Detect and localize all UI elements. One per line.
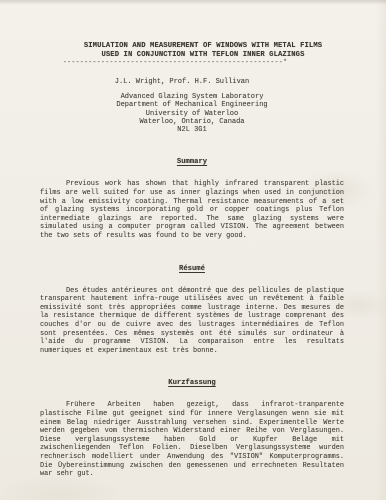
paragraph-line: la resistance thermique de different sys… bbox=[40, 312, 344, 321]
section-paragraph: Frühere Arbeiten haben gezeigt, dass inf… bbox=[40, 401, 344, 478]
section-heading-row: Résumé bbox=[40, 257, 344, 275]
affiliation-line: Department of Mechanical Engineering bbox=[40, 101, 344, 109]
paragraph-line: sont presentées. Ces mêmes systemès ont … bbox=[40, 330, 344, 339]
paragraph-line: the two sets of results was found to be … bbox=[40, 232, 344, 241]
section-heading-row: Summary bbox=[40, 150, 344, 168]
paragraph-line: Des études antérieures ont démontré que … bbox=[40, 287, 344, 296]
sections: Summary Previous work has shown that hig… bbox=[40, 150, 344, 478]
paragraph-line: with a low emissivity coating. Thermal r… bbox=[40, 198, 344, 207]
page-content: SIMULATION AND MEASUREMENT OF WINDOWS WI… bbox=[40, 0, 344, 479]
paragraph-line: werden gegeben vom thermischen Widerstan… bbox=[40, 427, 344, 436]
authors-line: J.L. Wright, Prof. H.F. Sullivan bbox=[20, 78, 344, 86]
paragraph-line: transparent hautement infra-rouge utilis… bbox=[40, 295, 344, 304]
paragraph-line: films are well suited for use as inner g… bbox=[40, 189, 344, 198]
affiliation-line: N2L 3G1 bbox=[40, 126, 344, 134]
section-paragraph: Des études antérieures ont démontré que … bbox=[40, 287, 344, 356]
affiliation-line: Waterloo, Ontario, Canada bbox=[40, 118, 344, 126]
paragraph-line: zwischenliegenden Teflon Folien. Dieselb… bbox=[40, 444, 344, 453]
paragraph-line: rechnerisch modelliert under Anwendung d… bbox=[40, 453, 344, 462]
title-line-1: SIMULATION AND MEASUREMENT OF WINDOWS WI… bbox=[62, 42, 344, 51]
paragraph-line: Frühere Arbeiten haben gezeigt, dass inf… bbox=[40, 401, 344, 410]
section-heading: Kurzfassung bbox=[168, 379, 215, 387]
section-heading: Résumé bbox=[179, 265, 205, 273]
paper-title: SIMULATION AND MEASUREMENT OF WINDOWS WI… bbox=[62, 42, 344, 60]
section: Résumé Des études antérieures ont démont… bbox=[40, 257, 344, 356]
scanned-page: SIMULATION AND MEASUREMENT OF WINDOWS WI… bbox=[0, 0, 386, 500]
paragraph-line: simulated using a computer program calle… bbox=[40, 223, 344, 232]
paragraph-line: l'aide du programme VISION. La comparais… bbox=[40, 338, 344, 347]
paragraph-line: of glazing systems incorporating gold or… bbox=[40, 206, 344, 215]
section: Summary Previous work has shown that hig… bbox=[40, 150, 344, 240]
section: Kurzfassung Frühere Arbeiten haben gezei… bbox=[40, 371, 344, 478]
paragraph-line: plastische Filme gut geeignet sind für i… bbox=[40, 410, 344, 419]
paragraph-line: einem Belag niedriger Ausstrahlung verse… bbox=[40, 419, 344, 428]
section-heading: Summary bbox=[177, 158, 207, 166]
paper-header: SIMULATION AND MEASUREMENT OF WINDOWS WI… bbox=[40, 0, 344, 134]
section-heading-row: Kurzfassung bbox=[40, 371, 344, 389]
paragraph-line: numeriques et experimentaux est très bon… bbox=[40, 347, 344, 356]
paragraph-line: war sehr gut. bbox=[40, 470, 344, 479]
paragraph-line: Previous work has shown that highly infr… bbox=[40, 180, 344, 189]
paragraph-line: Die Üybereinstimmung zwischen den gemess… bbox=[40, 462, 344, 471]
section-paragraph: Previous work has shown that highly infr… bbox=[40, 180, 344, 240]
affiliation-block: Advanced Glazing System Laboratory Depar… bbox=[40, 93, 344, 134]
title-dashed-rule: ----------------------------------------… bbox=[6, 59, 344, 67]
affiliation-line: University of Waterloo bbox=[40, 110, 344, 118]
paragraph-line: couches d'or ou de cuivre avec des lustr… bbox=[40, 321, 344, 330]
